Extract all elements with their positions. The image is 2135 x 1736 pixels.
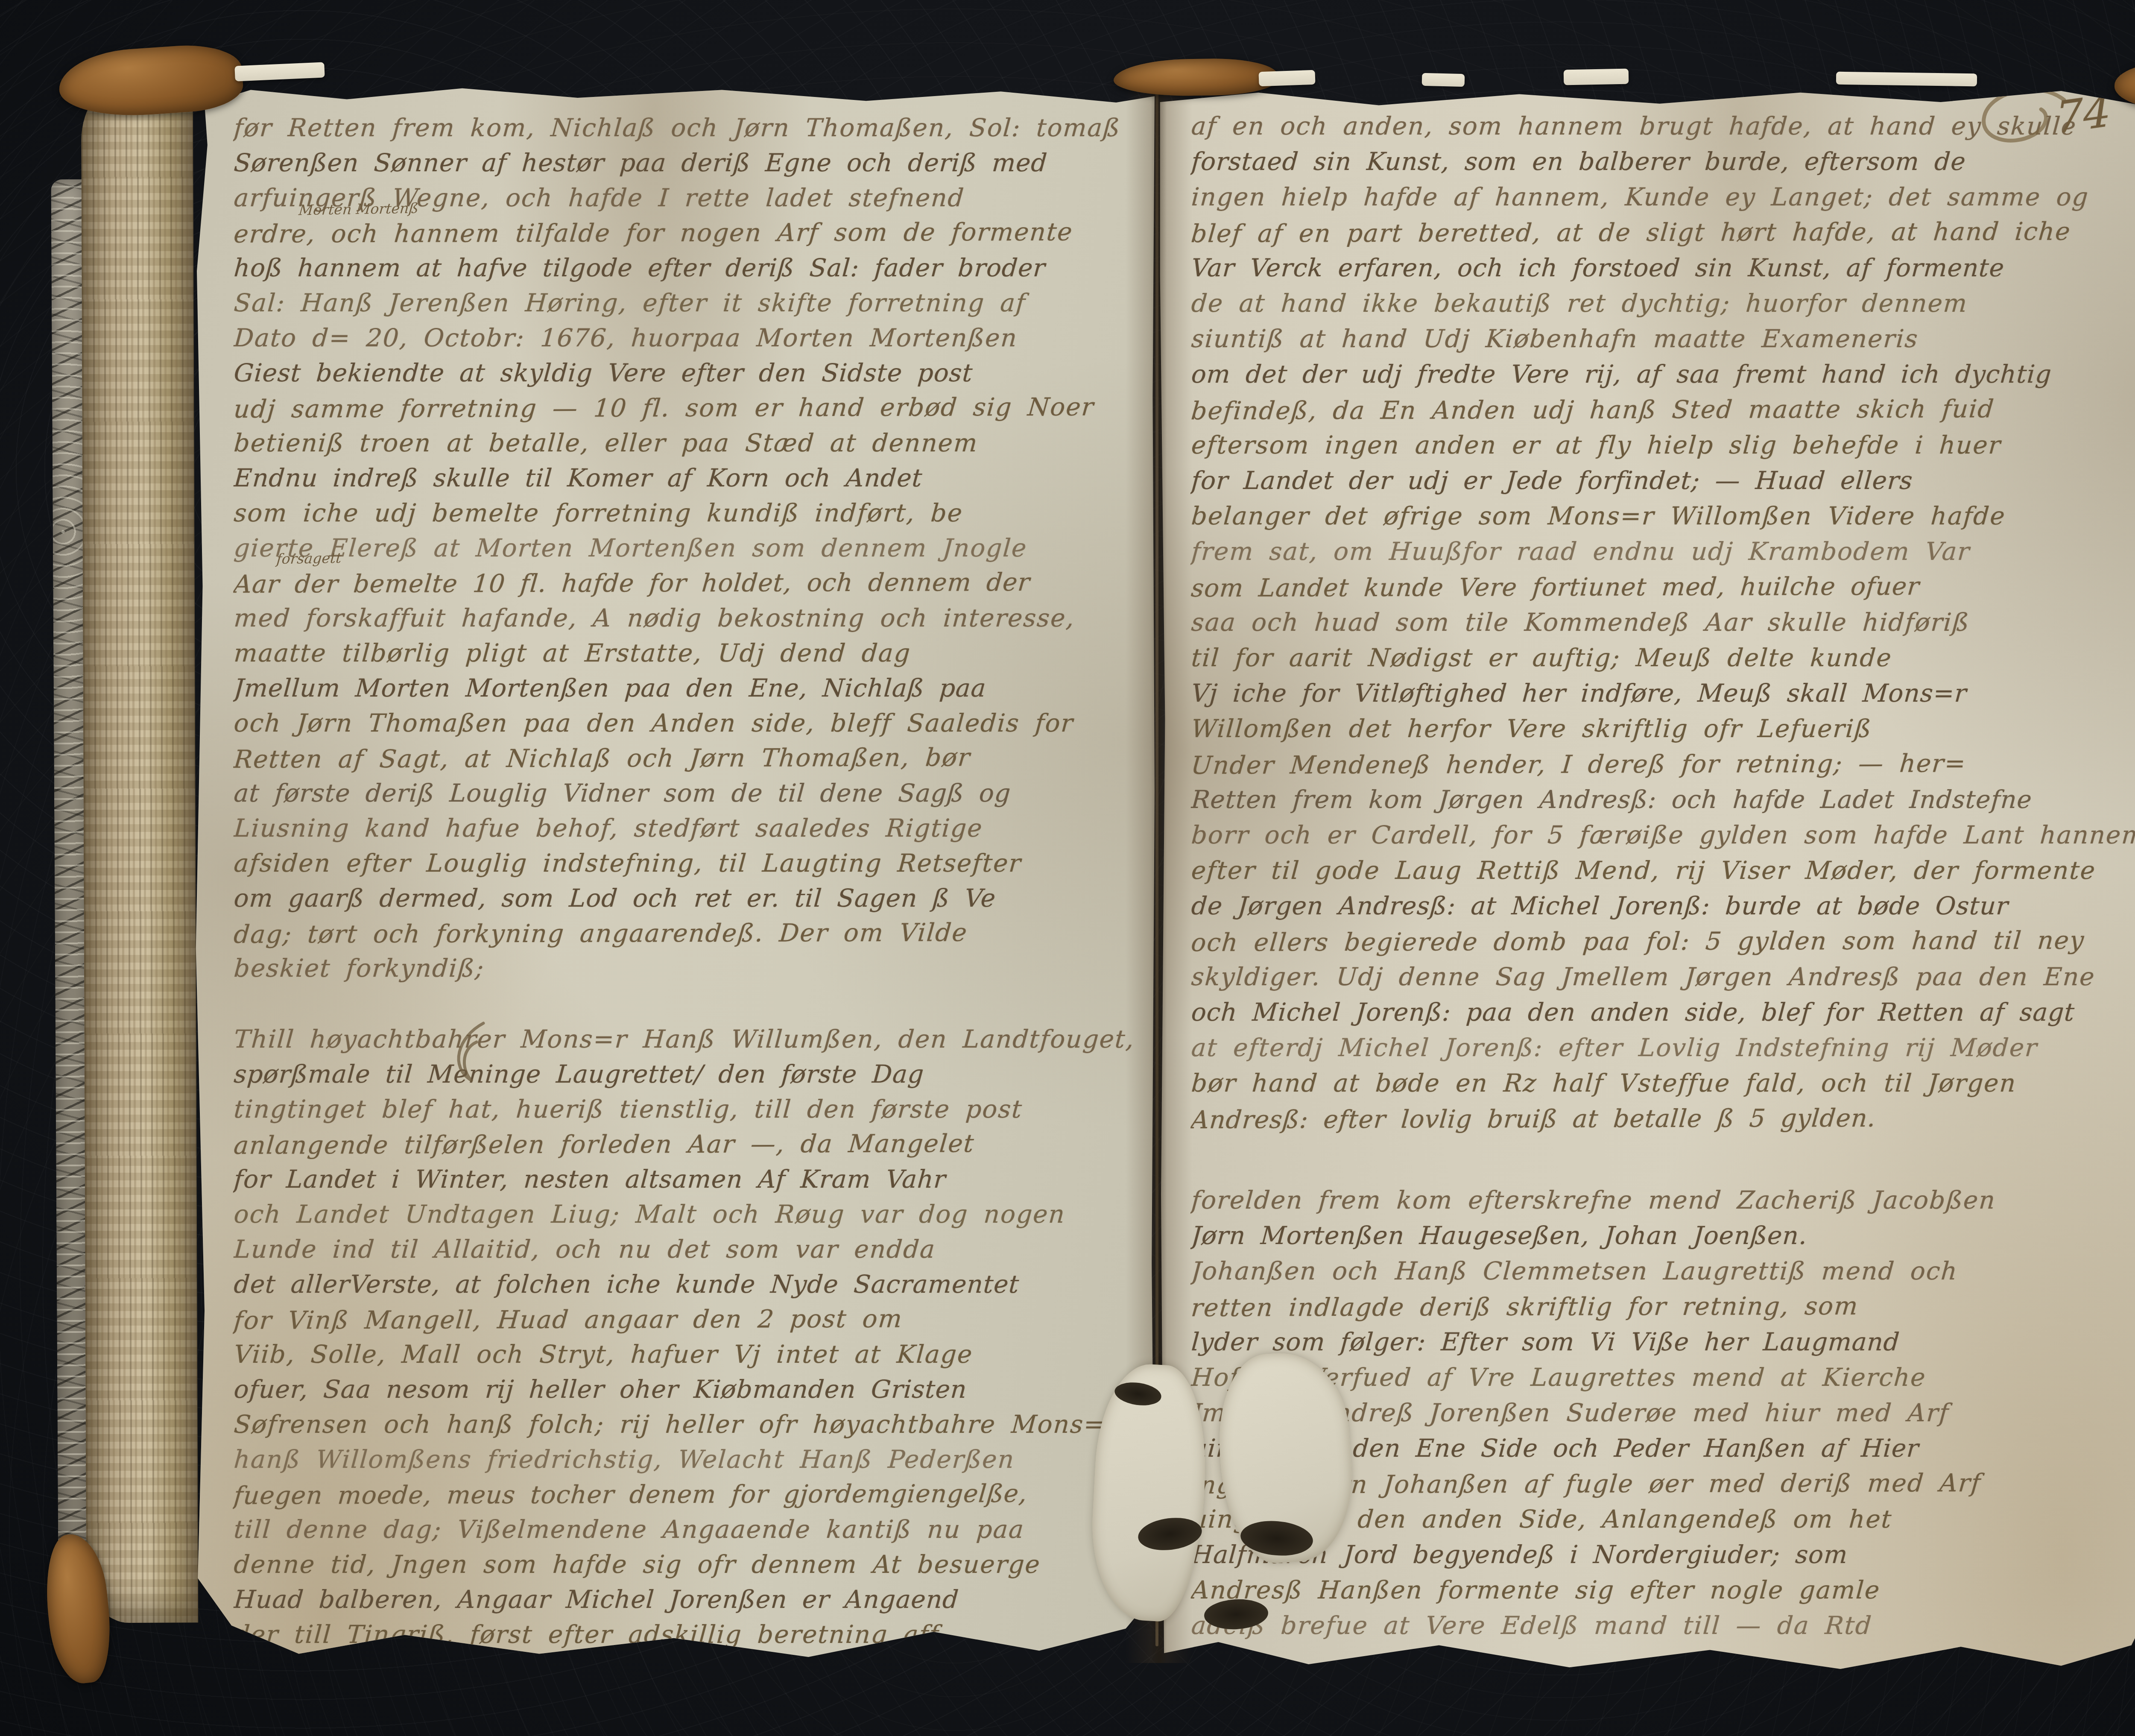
leather-remnant-spine-top — [1113, 58, 1278, 97]
handwritten-line: dag; tørt och forkyning angaarendeß. Der… — [232, 914, 1143, 952]
handwritten-line: som Landet kunde Vere fortiunet med, hui… — [1190, 568, 2135, 606]
handwritten-line: de Jørgen Andresß: at Michel Jorenß: bur… — [1190, 888, 2135, 924]
left-page-text-column: før Retten frem kom, Nichlaß och Jørn Th… — [234, 110, 1142, 1652]
handwritten-line: beskiet forkyndiß; — [233, 951, 1143, 986]
handwritten-line: och Jørn Thomaßen paa den Anden side, bl… — [233, 706, 1143, 741]
handwritten-line: Retten frem kom Jørgen Andresß: och hafd… — [1190, 782, 2135, 817]
handwritten-line: saa och huad som tile Kommendeß Aar skul… — [1190, 605, 2135, 640]
handwritten-line: der till Tingriß, først efter adskillig … — [233, 1617, 1143, 1652]
handwritten-line: Var Verck erfaren, och ich forstoed sin … — [1190, 250, 2135, 286]
right-page-paragraph-1: af en och anden, som hannem brugt hafde,… — [1191, 108, 2135, 1136]
handwritten-line: maatte tilbørlig pligt at Erstatte, Udj … — [233, 635, 1143, 670]
handwritten-line: at første deriß Louglig Vidner som de ti… — [233, 776, 1143, 811]
left-page-paragraph-2: Thill høyachtbahrer Mons=r Hanß Willumße… — [234, 1022, 1142, 1652]
handwritten-line: som iche udj bemelte forretning kundiß i… — [233, 495, 1143, 530]
handwritten-line: Aar der bemelte 10 fl. hafde for holdet,… — [232, 564, 1143, 602]
paper-guard-tab — [1258, 70, 1315, 87]
handwritten-line: Sørenßen Sønner af hestør paa deriß Egne… — [233, 145, 1143, 180]
handwritten-line: udj samme forretning — 10 fl. som er han… — [232, 389, 1143, 427]
handwritten-line: Thill høyachtbahrer Mons=r Hanß Willumße… — [233, 1022, 1143, 1057]
handwritten-line: lyder som følger: Efter som Vi Viße her … — [1190, 1324, 2135, 1360]
handwritten-line: denne tid, Jngen som hafde sig ofr denne… — [233, 1547, 1143, 1582]
handwritten-line: afsiden efter Louglig indstefning, til L… — [233, 846, 1143, 881]
paper-guard-tab — [1422, 73, 1465, 87]
page-number: 74 — [2055, 89, 2112, 141]
handwritten-line: Willomßen det herfor Vere skriftlig ofr … — [1190, 711, 2135, 747]
handwritten-line: Andresß Hanßen formente sig efter nogle … — [1190, 1572, 2135, 1608]
handwritten-line: anlangende tilførßelen forleden Aar —, d… — [232, 1125, 1143, 1163]
paper-guard-tab — [234, 62, 325, 81]
handwritten-line: Retten af Sagt, at Nichlaß och Jørn Thom… — [232, 739, 1143, 777]
ink-flourish — [432, 1020, 509, 1086]
handwritten-line: hanß Willomßens friedrichstig, Welacht H… — [233, 1442, 1143, 1477]
paper-guard-tab — [1564, 69, 1629, 85]
handwritten-line: de at hand ikke bekautiß ret dychtig; hu… — [1190, 286, 2135, 321]
handwritten-line: Johanßen och Hanß Clemmetsen Laugrettiß … — [1190, 1253, 2135, 1289]
handwritten-line: frem sat, om Huußfor raad endnu udj Kram… — [1190, 534, 2135, 569]
handwritten-line: fuegen moede, meus tocher denem for gjor… — [232, 1475, 1143, 1513]
handwritten-line: det allerVerste, at folchen iche kunde N… — [233, 1267, 1143, 1302]
handwritten-line: Giest bekiendte at skyldig Vere efter de… — [233, 355, 1143, 390]
handwritten-line: Viib, Solle, Mall och Stryt, hafuer Vj i… — [233, 1337, 1143, 1372]
paper-guard-tab — [1836, 72, 1977, 87]
handwritten-line: om det der udj fredte Vere rij, af saa f… — [1190, 357, 2135, 392]
handwritten-line: Søfrensen och hanß folch; rij heller ofr… — [233, 1407, 1143, 1442]
handwritten-line: siuntiß at hand Udj Kiøbenhafn maatte Ex… — [1190, 321, 2135, 357]
handwritten-line: Huad balberen, Angaar Michel Jorenßen er… — [233, 1582, 1143, 1617]
handwritten-line: tingtinget blef hat, hueriß tienstlig, t… — [233, 1092, 1143, 1127]
handwritten-line: Dato d= 20, Octobr: 1676, huorpaa Morten… — [233, 320, 1143, 355]
interlinear-insertion: Morten Mortenß — [298, 200, 419, 219]
handwritten-line: bør hand at bøde en Rz half Vsteffue fal… — [1190, 1066, 2135, 1101]
interlinear-insertion: forsagett — [276, 550, 342, 568]
handwritten-line: Vj iche for Vitløftighed her indføre, Me… — [1190, 676, 2135, 711]
left-manuscript-page: før Retten frem kom, Nichlaß och Jørn Th… — [193, 82, 1155, 1657]
handwritten-line: borr och er Cardell, for 5 færøiße gylde… — [1190, 817, 2135, 853]
handwritten-line: och ellers begierede domb paa fol: 5 gyl… — [1190, 922, 2135, 960]
handwritten-line: Sal: Hanß Jerenßen Høring, efter it skif… — [233, 285, 1143, 320]
handwritten-line: till denne dag; Vißelmendene Angaaende k… — [233, 1512, 1143, 1547]
handwritten-line: och Landet Undtagen Liug; Malt och Røug … — [233, 1197, 1143, 1232]
handwritten-line: at efterdj Michel Jorenß: efter Lovlig I… — [1190, 1030, 2135, 1066]
handwritten-line: adelß brefue at Vere Edelß mand till — d… — [1190, 1608, 2135, 1643]
handwritten-line: før Retten frem kom, Nichlaß och Jørn Th… — [233, 110, 1143, 145]
handwritten-line: med forskaffuit hafande, A nødig bekostn… — [233, 600, 1143, 635]
handwritten-line: hoß hannem at hafve tilgode efter deriß … — [233, 250, 1143, 285]
handwritten-line: betieniß troen at betalle, eller paa Stæ… — [233, 425, 1143, 460]
handwritten-line: for Landet der udj er Jede forfindet; — … — [1190, 463, 2135, 498]
handwritten-line: befindeß, da En Anden udj hanß Sted maat… — [1190, 391, 2135, 429]
handwritten-line: Jørn Mortenßen Haugeseßen, Johan Joenßen… — [1190, 1218, 2135, 1253]
handwritten-line: Endnu indreß skulle til Komer af Korn oc… — [233, 460, 1143, 495]
handwritten-line: ofuer, Saa nesom rij heller oher Kiøbman… — [233, 1372, 1143, 1407]
handwritten-line: skyldiger. Udj denne Sag Jmellem Jørgen … — [1190, 959, 2135, 995]
handwritten-line: Jmellum Morten Mortenßen paa den Ene, Ni… — [233, 670, 1143, 706]
handwritten-line: Andresß: efter lovlig bruiß at betalle ß… — [1190, 1100, 2135, 1138]
handwritten-line: ingen hielp hafde af hannem, Kunde ey La… — [1190, 179, 2135, 215]
handwritten-line: for Vinß Mangell, Huad angaar den 2 post… — [232, 1300, 1143, 1338]
handwritten-line: for Landet i Winter, nesten altsamen Af … — [233, 1162, 1143, 1197]
handwritten-line: efter til gode Laug Rettiß Mend, rij Vis… — [1190, 853, 2135, 888]
handwritten-line: och Michel Jorenß: paa den anden side, b… — [1190, 995, 2135, 1030]
handwritten-line: til for aarit Nødigst er auftig; Meuß de… — [1190, 640, 2135, 676]
handwritten-line: gierte Elereß at Morten Mortenßen som de… — [233, 530, 1143, 565]
handwritten-line: eftersom ingen anden er at fly hielp sli… — [1190, 427, 2135, 463]
handwritten-line: erdre, och hannem tilfalde for nogen Arf… — [232, 214, 1143, 252]
handwritten-line: blef af en part beretted, at de sligt hø… — [1190, 214, 2135, 252]
left-page-paragraph-1: før Retten frem kom, Nichlaß och Jørn Th… — [234, 110, 1142, 986]
handwritten-line: Under Mendeneß hender, I dereß for retni… — [1190, 745, 2135, 783]
folio-number-area: 74 — [1974, 93, 2111, 161]
handwritten-line: Liusning kand hafue behof, stedført saal… — [233, 811, 1143, 846]
handwritten-line: belanger det øfrige som Mons=r Willomßen… — [1190, 498, 2135, 534]
handwritten-line: om gaarß dermed, som Lod och ret er. til… — [233, 881, 1143, 916]
handwritten-line: Lunde ind til Allaitid, och nu det som v… — [233, 1232, 1143, 1267]
left-page-edges — [81, 77, 199, 1623]
photograph-background: før Retten frem kom, Nichlaß och Jørn Th… — [0, 0, 2135, 1736]
handwritten-line: forelden frem kom efterskrefne mend Zach… — [1190, 1183, 2135, 1218]
handwritten-line: spørßmale til Meninge Laugrettet/ den fø… — [233, 1057, 1143, 1092]
handwritten-line: retten indlagde deriß skriftlig for retn… — [1190, 1288, 2135, 1326]
